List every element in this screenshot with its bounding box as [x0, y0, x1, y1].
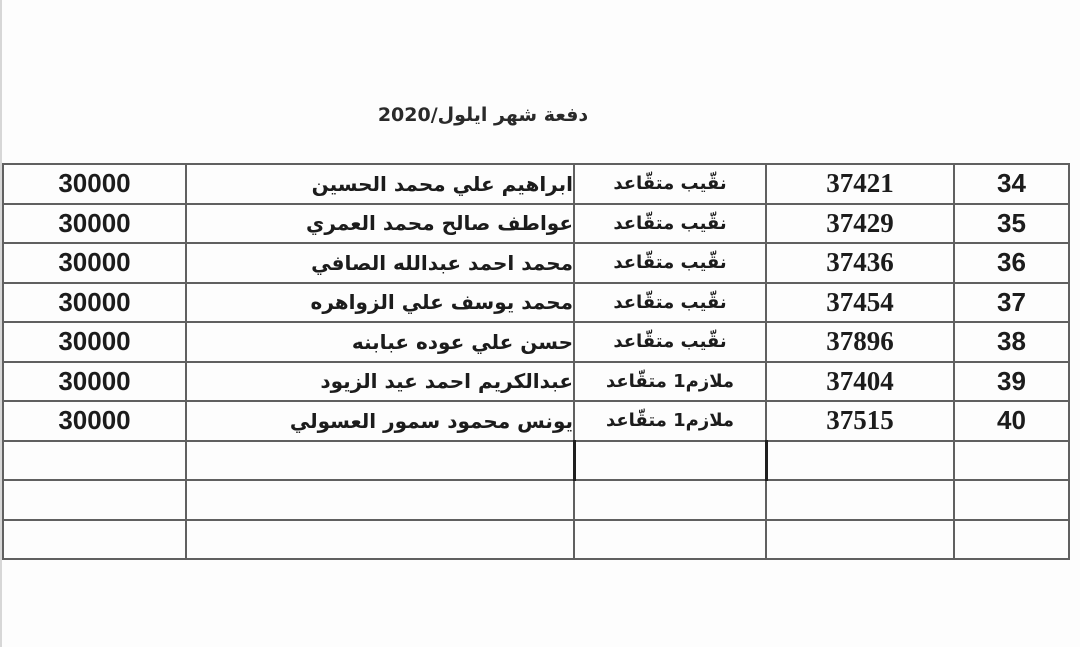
- name-cell: عبدالكريم احمد عيد الزيود: [186, 362, 574, 402]
- table-row: 30000 حسن علي عوده عبابنه نقّيب متقّاعد …: [3, 322, 1069, 362]
- id-cell: 37454: [766, 283, 954, 323]
- index-cell: 35: [954, 204, 1069, 244]
- index-cell: 38: [954, 322, 1069, 362]
- amount-cell: 30000: [3, 243, 186, 283]
- rank-cell: [574, 480, 766, 520]
- table-row: [3, 520, 1069, 560]
- index-cell: [954, 480, 1069, 520]
- amount-cell: 30000: [3, 283, 186, 323]
- rank-cell: نقّيب متقّاعد: [574, 322, 766, 362]
- id-cell: 37421: [766, 164, 954, 204]
- index-cell: [954, 520, 1069, 560]
- table-row: 30000 عواطف صالح محمد العمري نقّيب متقّا…: [3, 204, 1069, 244]
- id-cell: 37896: [766, 322, 954, 362]
- index-cell: 36: [954, 243, 1069, 283]
- rank-cell: نقّيب متقّاعد: [574, 164, 766, 204]
- table-body: 30000 ابراهيم علي محمد الحسين نقّيب متقّ…: [3, 164, 1069, 559]
- id-cell: [766, 441, 954, 481]
- id-cell: [766, 520, 954, 560]
- page-title: دفعة شهر ايلول/2020: [338, 104, 628, 126]
- amount-cell: 30000: [3, 164, 186, 204]
- index-cell: 40: [954, 401, 1069, 441]
- id-cell: 37429: [766, 204, 954, 244]
- index-cell: 39: [954, 362, 1069, 402]
- amount-cell: 30000: [3, 362, 186, 402]
- table-row: 30000 يونس محمود سمور العسولي ملازم1 متق…: [3, 401, 1069, 441]
- amount-cell: 30000: [3, 401, 186, 441]
- amount-cell: [3, 480, 186, 520]
- name-cell: [186, 441, 574, 481]
- name-cell: محمد يوسف علي الزواهره: [186, 283, 574, 323]
- id-cell: [766, 480, 954, 520]
- rank-cell: [574, 441, 766, 481]
- name-cell: عواطف صالح محمد العمري: [186, 204, 574, 244]
- id-cell: 37515: [766, 401, 954, 441]
- index-cell: [954, 441, 1069, 481]
- rank-cell: ملازم1 متقّاعد: [574, 362, 766, 402]
- name-cell: يونس محمود سمور العسولي: [186, 401, 574, 441]
- rank-cell: [574, 520, 766, 560]
- amount-cell: [3, 520, 186, 560]
- rank-cell: نقّيب متقّاعد: [574, 204, 766, 244]
- amount-cell: 30000: [3, 322, 186, 362]
- name-cell: [186, 480, 574, 520]
- id-cell: 37404: [766, 362, 954, 402]
- table-row: 30000 ابراهيم علي محمد الحسين نقّيب متقّ…: [3, 164, 1069, 204]
- name-cell: محمد احمد عبدالله الصافي: [186, 243, 574, 283]
- rank-cell: نقّيب متقّاعد: [574, 283, 766, 323]
- name-cell: حسن علي عوده عبابنه: [186, 322, 574, 362]
- amount-cell: [3, 441, 186, 481]
- amount-cell: 30000: [3, 204, 186, 244]
- table-row: 30000 محمد احمد عبدالله الصافي نقّيب متق…: [3, 243, 1069, 283]
- name-cell: [186, 520, 574, 560]
- scanned-document-page: دفعة شهر ايلول/2020 30000 ابراهيم علي مح…: [0, 0, 1080, 647]
- rank-cell: نقّيب متقّاعد: [574, 243, 766, 283]
- id-cell: 37436: [766, 243, 954, 283]
- table-row: [3, 480, 1069, 520]
- table-row: [3, 441, 1069, 481]
- table-row: 30000 عبدالكريم احمد عيد الزيود ملازم1 م…: [3, 362, 1069, 402]
- name-cell: ابراهيم علي محمد الحسين: [186, 164, 574, 204]
- index-cell: 37: [954, 283, 1069, 323]
- table-row: 30000 محمد يوسف علي الزواهره نقّيب متقّا…: [3, 283, 1069, 323]
- pension-payments-table: 30000 ابراهيم علي محمد الحسين نقّيب متقّ…: [2, 163, 1070, 560]
- rank-cell: ملازم1 متقّاعد: [574, 401, 766, 441]
- index-cell: 34: [954, 164, 1069, 204]
